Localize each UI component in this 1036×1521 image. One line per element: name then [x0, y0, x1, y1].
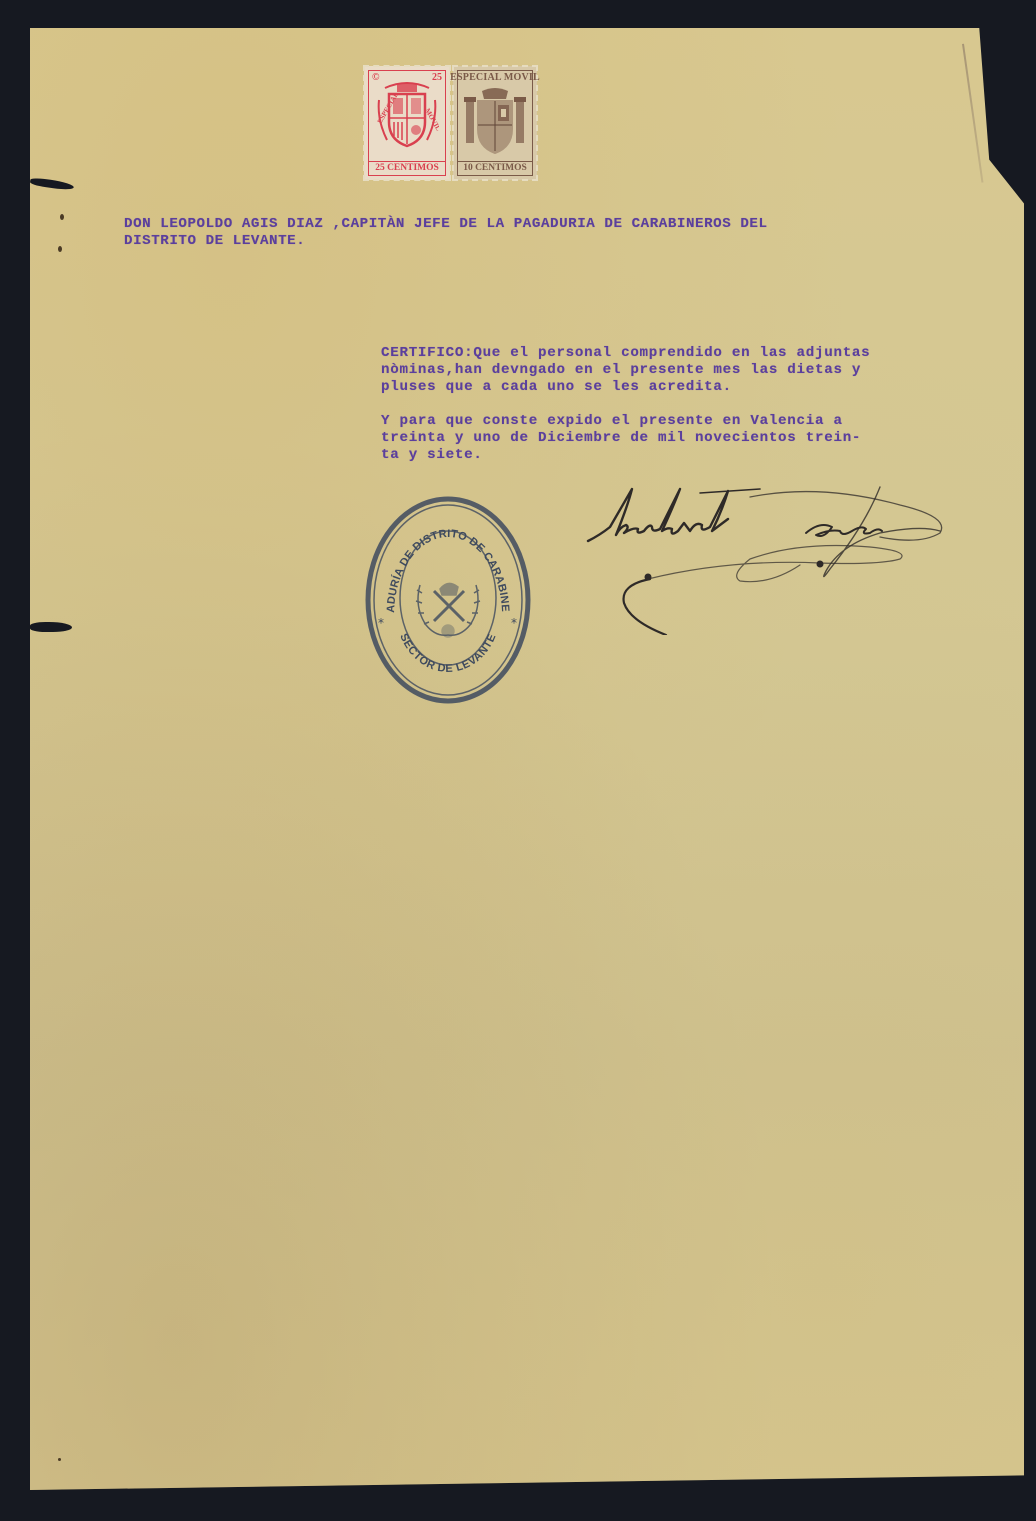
heading-line-1: DON LEOPOLDO AGIS DIAZ ,CAPITÀN JEFE DE … [124, 216, 768, 232]
seal-bottom-text: SECTOR DE LEVANTE [397, 632, 498, 675]
fiscal-stamps: © 25 ESPECIAL MOVIL [364, 66, 537, 180]
carabineros-emblem-icon [416, 583, 480, 637]
certification-line: pluses que a cada uno se les acredita. [381, 379, 732, 395]
coat-of-arms-icon: ESPECIAL MOVIL [369, 71, 445, 161]
paper-speck [58, 246, 62, 252]
copyright-mark: © [372, 72, 379, 83]
certification-line: Y para que conste expido el presente en … [381, 413, 843, 429]
paper-speck [58, 1458, 61, 1461]
stamp-corner-value: 25 [432, 72, 442, 83]
stamp-top-label: ESPECIAL MOVIL [450, 72, 540, 83]
official-seal: PAGADURÍA DE DISTRITO DE CARABINEROS SEC… [364, 495, 532, 705]
stamp-value: 25 CENTIMOS [369, 161, 445, 173]
fiscal-stamp-25-centimos: © 25 ESPECIAL MOVIL [364, 66, 450, 180]
certification-line: treinta y uno de Diciembre de mil noveci… [381, 430, 861, 446]
certification-line: nòminas,han devngado en el presente mes … [381, 362, 861, 378]
stamp-value: 10 CENTIMOS [458, 161, 532, 173]
certification-paragraph-1: CERTIFICO:Que el personal comprendido en… [381, 345, 870, 396]
handwritten-signature: Leopoldo Agis [580, 475, 970, 635]
certification-paragraph-2: Y para que conste expido el presente en … [381, 413, 861, 464]
document-heading: DON LEOPOLDO AGIS DIAZ ,CAPITÀN JEFE DE … [124, 216, 768, 250]
fiscal-stamp-10-centimos: ESPECIAL MOVIL 10 CENTIMOS [453, 66, 537, 180]
paper-speck [60, 214, 64, 220]
certification-line: ta y siete. [381, 447, 483, 463]
heading-line-2: DISTRITO DE LEVANTE. [124, 233, 305, 249]
seal-star-right: * [511, 616, 517, 630]
certification-line: CERTIFICO:Que el personal comprendido en… [381, 345, 870, 361]
paper-tear-bottom [30, 622, 72, 632]
seal-star-left: * [378, 616, 384, 630]
coat-of-arms-icon [458, 83, 532, 161]
